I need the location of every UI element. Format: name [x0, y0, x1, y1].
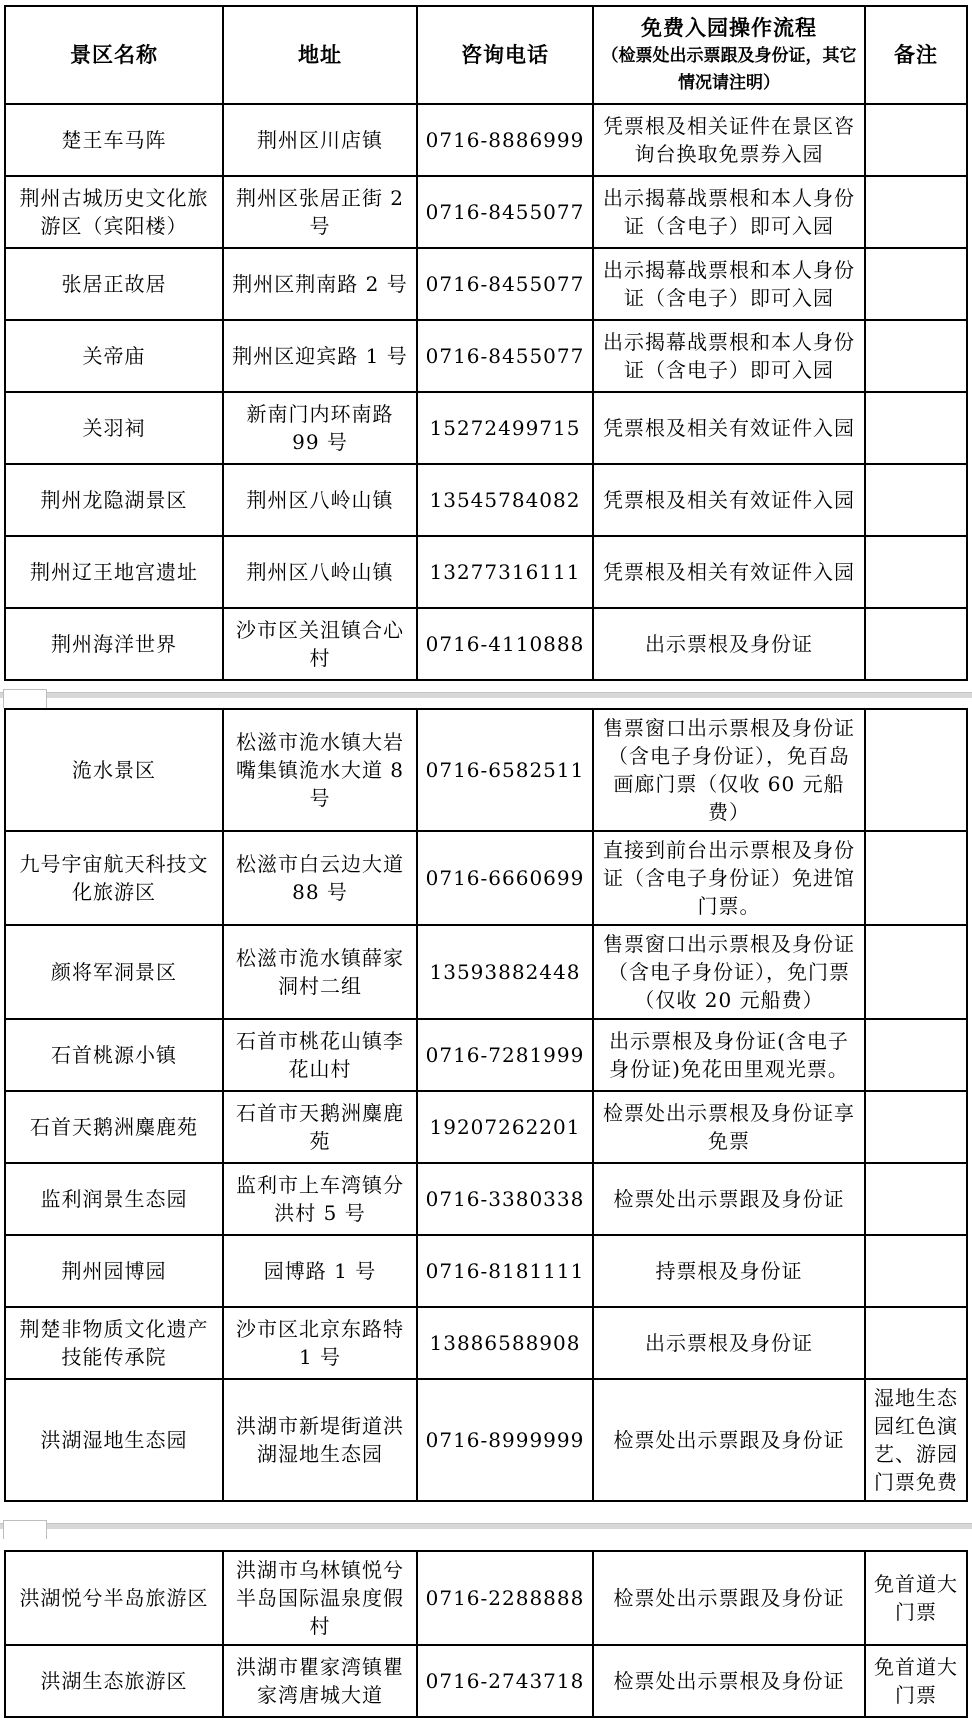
page-margin-marker	[3, 1520, 47, 1539]
cell-address: 园博路 1 号	[223, 1235, 417, 1307]
cell-process: 凭票根及相关有效证件入园	[593, 536, 865, 608]
table-row: 关帝庙荆州区迎宾路 1 号0716-8455077出示揭幕战票根和本人身份证（含…	[5, 320, 967, 392]
cell-phone: 0716-8455077	[417, 176, 593, 248]
page-break-line	[0, 1523, 972, 1529]
cell-phone: 0716-2743718	[417, 1645, 593, 1717]
page-break-separator	[0, 681, 972, 708]
col-header-remark: 备注	[865, 6, 967, 104]
cell-phone: 0716-8886999	[417, 104, 593, 176]
cell-remark	[865, 104, 967, 176]
cell-address: 松滋市洈水镇大岩嘴集镇洈水大道 8 号	[223, 709, 417, 831]
cell-name: 监利润景生态园	[5, 1163, 223, 1235]
free-entry-table-segment-2: 洈水景区松滋市洈水镇大岩嘴集镇洈水大道 8 号0716-6582511售票窗口出…	[4, 708, 968, 1502]
cell-process: 出示揭幕战票根和本人身份证（含电子）即可入园	[593, 176, 865, 248]
table-row: 荆楚非物质文化遗产技能传承院沙市区北京东路特 1 号13886588908出示票…	[5, 1307, 967, 1379]
cell-name: 洈水景区	[5, 709, 223, 831]
free-entry-table-segment-1: 景区名称 地址 咨询电话 免费入园操作流程 （检票处出示票跟及身份证，其它情况请…	[4, 5, 968, 681]
cell-name: 关帝庙	[5, 320, 223, 392]
col-header-phone: 咨询电话	[417, 6, 593, 104]
table-row: 洈水景区松滋市洈水镇大岩嘴集镇洈水大道 8 号0716-6582511售票窗口出…	[5, 709, 967, 831]
col-header-process: 免费入园操作流程 （检票处出示票跟及身份证，其它情况请注明）	[593, 6, 865, 104]
cell-name: 洪湖悦兮半岛旅游区	[5, 1551, 223, 1645]
cell-address: 荆州区张居正街 2 号	[223, 176, 417, 248]
page-margin-marker	[3, 689, 47, 708]
cell-name: 洪湖湿地生态园	[5, 1379, 223, 1501]
free-entry-table-segment-3: 洪湖悦兮半岛旅游区洪湖市乌林镇悦兮半岛国际温泉度假村0716-2288888检票…	[4, 1550, 968, 1718]
cell-name: 石首桃源小镇	[5, 1019, 223, 1091]
cell-remark	[865, 925, 967, 1019]
cell-remark	[865, 320, 967, 392]
cell-address: 石首市桃花山镇李花山村	[223, 1019, 417, 1091]
col-header-address: 地址	[223, 6, 417, 104]
cell-address: 石首市天鹅洲麋鹿苑	[223, 1091, 417, 1163]
cell-phone: 13593882448	[417, 925, 593, 1019]
cell-process: 检票处出示票跟及身份证	[593, 1551, 865, 1645]
cell-name: 颜将军洞景区	[5, 925, 223, 1019]
cell-address: 荆州区迎宾路 1 号	[223, 320, 417, 392]
cell-name: 荆楚非物质文化遗产技能传承院	[5, 1307, 223, 1379]
page-break-line	[0, 692, 972, 698]
table-row: 洪湖生态旅游区洪湖市瞿家湾镇瞿家湾唐城大道0716-2743718检票处出示票根…	[5, 1645, 967, 1717]
page-break-separator	[0, 1502, 972, 1550]
cell-name: 九号宇宙航天科技文化旅游区	[5, 831, 223, 925]
cell-process: 凭票根及相关有效证件入园	[593, 392, 865, 464]
table-row: 洪湖悦兮半岛旅游区洪湖市乌林镇悦兮半岛国际温泉度假村0716-2288888检票…	[5, 1551, 967, 1645]
cell-phone: 13545784082	[417, 464, 593, 536]
table-row: 荆州古城历史文化旅游区（宾阳楼）荆州区张居正街 2 号0716-8455077出…	[5, 176, 967, 248]
cell-name: 荆州龙隐湖景区	[5, 464, 223, 536]
cell-remark	[865, 1019, 967, 1091]
cell-remark	[865, 392, 967, 464]
cell-name: 荆州古城历史文化旅游区（宾阳楼）	[5, 176, 223, 248]
table-row: 洪湖湿地生态园洪湖市新堤街道洪湖湿地生态园0716-8999999检票处出示票跟…	[5, 1379, 967, 1501]
col-header-scenic-area-name: 景区名称	[5, 6, 223, 104]
cell-name: 洪湖生态旅游区	[5, 1645, 223, 1717]
cell-address: 洪湖市瞿家湾镇瞿家湾唐城大道	[223, 1645, 417, 1717]
cell-remark	[865, 464, 967, 536]
cell-process: 检票处出示票根及身份证享免票	[593, 1091, 865, 1163]
cell-address: 洪湖市新堤街道洪湖湿地生态园	[223, 1379, 417, 1501]
cell-phone: 19207262201	[417, 1091, 593, 1163]
table-row: 荆州园博园园博路 1 号0716-8181111持票根及身份证	[5, 1235, 967, 1307]
col-header-process-note: （检票处出示票跟及身份证，其它情况请注明）	[600, 43, 858, 97]
cell-process: 出示票根及身份证(含电子身份证)免花田里观光票。	[593, 1019, 865, 1091]
cell-name: 楚王车马阵	[5, 104, 223, 176]
document-page: 景区名称 地址 咨询电话 免费入园操作流程 （检票处出示票跟及身份证，其它情况请…	[0, 0, 972, 1722]
cell-process: 售票窗口出示票根及身份证（含电子身份证），免门票（仅收 20 元船费）	[593, 925, 865, 1019]
cell-name: 石首天鹅洲麋鹿苑	[5, 1091, 223, 1163]
cell-process: 出示票根及身份证	[593, 1307, 865, 1379]
cell-address: 荆州区八岭山镇	[223, 464, 417, 536]
cell-remark	[865, 1307, 967, 1379]
table-row: 张居正故居荆州区荆南路 2 号0716-8455077出示揭幕战票根和本人身份证…	[5, 248, 967, 320]
table-row: 荆州龙隐湖景区荆州区八岭山镇13545784082凭票根及相关有效证件入园	[5, 464, 967, 536]
table-row: 石首天鹅洲麋鹿苑石首市天鹅洲麋鹿苑19207262201检票处出示票根及身份证享…	[5, 1091, 967, 1163]
cell-phone: 0716-4110888	[417, 608, 593, 680]
table-row: 颜将军洞景区松滋市洈水镇薛家洞村二组13593882448售票窗口出示票根及身份…	[5, 925, 967, 1019]
table-row: 石首桃源小镇石首市桃花山镇李花山村0716-7281999出示票根及身份证(含电…	[5, 1019, 967, 1091]
cell-remark	[865, 1235, 967, 1307]
cell-name: 荆州园博园	[5, 1235, 223, 1307]
cell-remark: 免首道大门票	[865, 1551, 967, 1645]
cell-remark	[865, 709, 967, 831]
table-row: 荆州海洋世界沙市区关沮镇合心村0716-4110888出示票根及身份证	[5, 608, 967, 680]
cell-address: 松滋市洈水镇薛家洞村二组	[223, 925, 417, 1019]
cell-address: 松滋市白云边大道 88 号	[223, 831, 417, 925]
table-row: 关羽祠新南门内环南路 99 号15272499715凭票根及相关有效证件入园	[5, 392, 967, 464]
cell-phone: 0716-2288888	[417, 1551, 593, 1645]
cell-address: 洪湖市乌林镇悦兮半岛国际温泉度假村	[223, 1551, 417, 1645]
cell-remark	[865, 536, 967, 608]
cell-address: 沙市区北京东路特 1 号	[223, 1307, 417, 1379]
cell-process: 出示揭幕战票根和本人身份证（含电子）即可入园	[593, 248, 865, 320]
cell-phone: 15272499715	[417, 392, 593, 464]
cell-phone: 13886588908	[417, 1307, 593, 1379]
cell-remark	[865, 831, 967, 925]
cell-address: 监利市上车湾镇分洪村 5 号	[223, 1163, 417, 1235]
cell-address: 沙市区关沮镇合心村	[223, 608, 417, 680]
cell-remark	[865, 248, 967, 320]
table-row: 荆州辽王地宫遗址荆州区八岭山镇13277316111凭票根及相关有效证件入园	[5, 536, 967, 608]
cell-address: 荆州区荆南路 2 号	[223, 248, 417, 320]
table-row: 九号宇宙航天科技文化旅游区松滋市白云边大道 88 号0716-6660699直接…	[5, 831, 967, 925]
cell-phone: 0716-6660699	[417, 831, 593, 925]
table-row: 楚王车马阵荆州区川店镇0716-8886999凭票根及相关证件在景区咨询台换取免…	[5, 104, 967, 176]
cell-remark	[865, 1091, 967, 1163]
cell-remark	[865, 1163, 967, 1235]
cell-phone: 0716-8999999	[417, 1379, 593, 1501]
cell-process: 出示揭幕战票根和本人身份证（含电子）即可入园	[593, 320, 865, 392]
cell-name: 关羽祠	[5, 392, 223, 464]
cell-remark	[865, 176, 967, 248]
cell-name: 张居正故居	[5, 248, 223, 320]
cell-phone: 0716-8181111	[417, 1235, 593, 1307]
cell-phone: 0716-6582511	[417, 709, 593, 831]
cell-process: 凭票根及相关证件在景区咨询台换取免票券入园	[593, 104, 865, 176]
cell-remark: 湿地生态园红色演艺、游园门票免费	[865, 1379, 967, 1501]
cell-remark	[865, 608, 967, 680]
cell-name: 荆州海洋世界	[5, 608, 223, 680]
cell-phone: 0716-8455077	[417, 320, 593, 392]
cell-process: 检票处出示票跟及身份证	[593, 1379, 865, 1501]
table-row: 监利润景生态园监利市上车湾镇分洪村 5 号0716-3380338检票处出示票跟…	[5, 1163, 967, 1235]
cell-phone: 13277316111	[417, 536, 593, 608]
cell-process: 检票处出示票跟及身份证	[593, 1163, 865, 1235]
cell-process: 凭票根及相关有效证件入园	[593, 464, 865, 536]
cell-process: 持票根及身份证	[593, 1235, 865, 1307]
cell-process: 直接到前台出示票根及身份证（含电子身份证）免进馆门票。	[593, 831, 865, 925]
cell-phone: 0716-3380338	[417, 1163, 593, 1235]
cell-remark: 免首道大门票	[865, 1645, 967, 1717]
cell-phone: 0716-8455077	[417, 248, 593, 320]
cell-address: 荆州区八岭山镇	[223, 536, 417, 608]
header-row: 景区名称 地址 咨询电话 免费入园操作流程 （检票处出示票跟及身份证，其它情况请…	[5, 6, 967, 104]
col-header-process-title: 免费入园操作流程	[600, 13, 858, 43]
cell-address: 荆州区川店镇	[223, 104, 417, 176]
cell-process: 出示票根及身份证	[593, 608, 865, 680]
cell-phone: 0716-7281999	[417, 1019, 593, 1091]
cell-process: 售票窗口出示票根及身份证（含电子身份证），免百岛画廊门票（仅收 60 元船费）	[593, 709, 865, 831]
cell-process: 检票处出示票根及身份证	[593, 1645, 865, 1717]
cell-name: 荆州辽王地宫遗址	[5, 536, 223, 608]
cell-address: 新南门内环南路 99 号	[223, 392, 417, 464]
